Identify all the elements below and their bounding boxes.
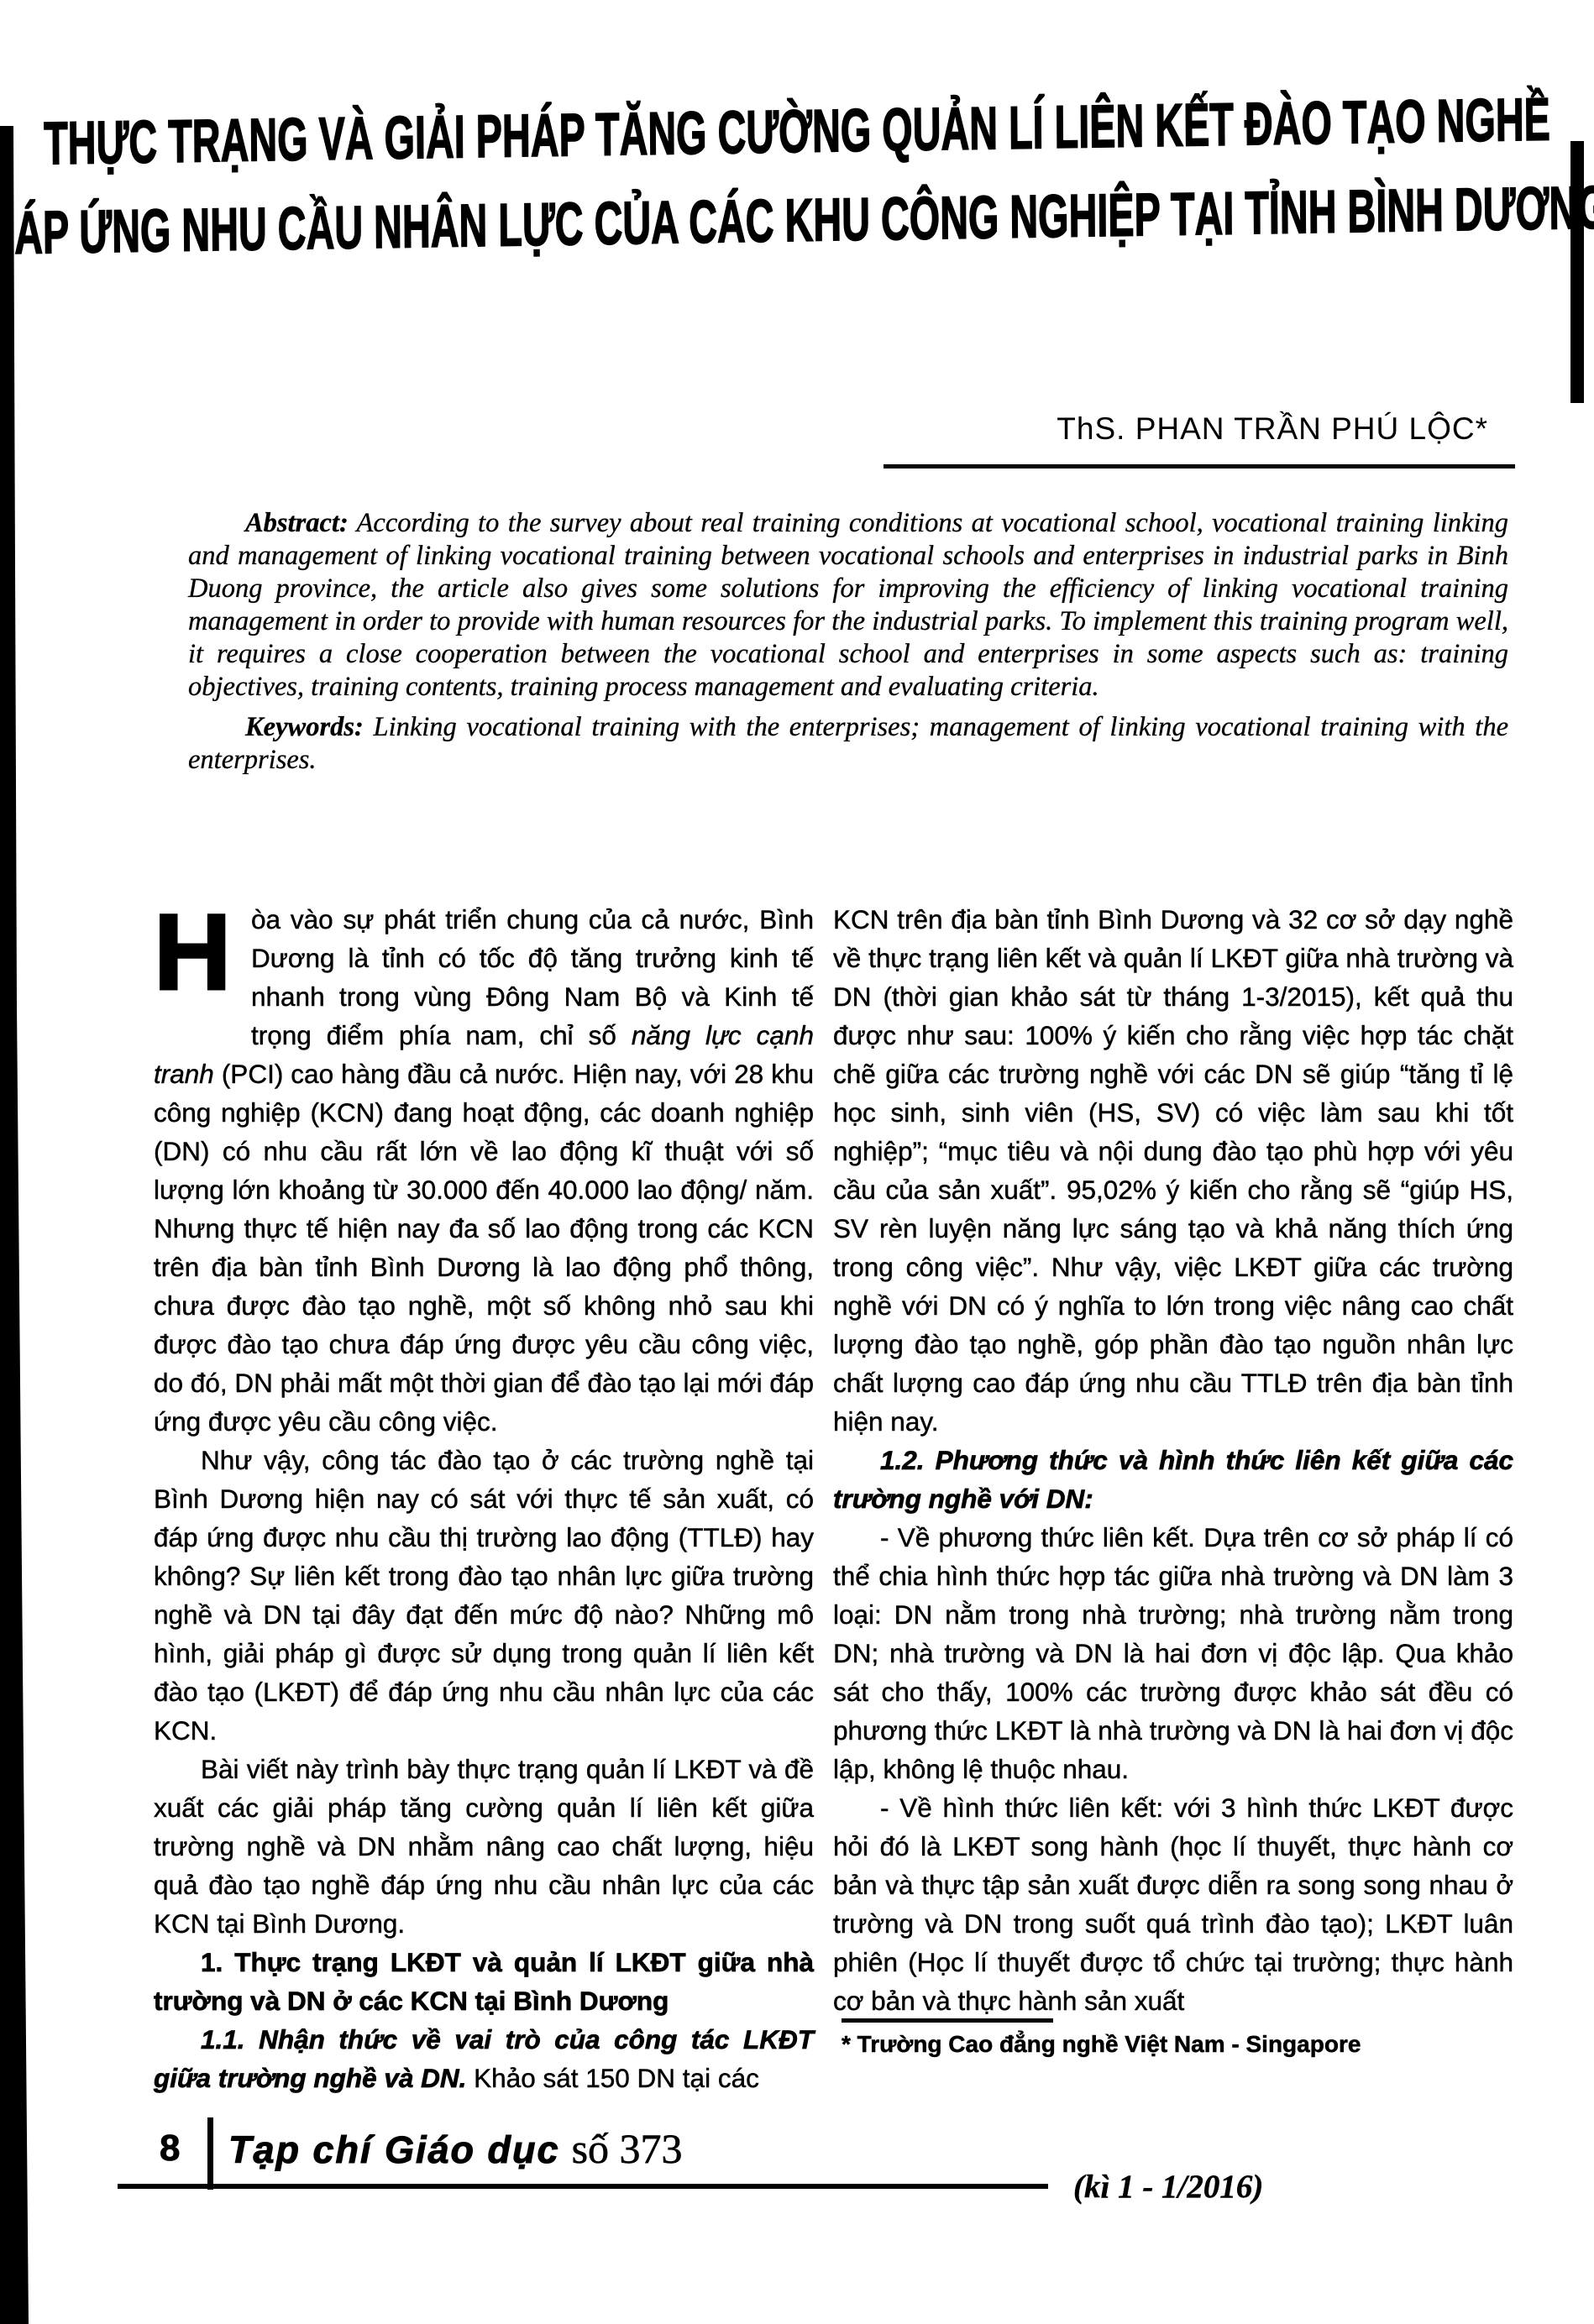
footnote-rule: [842, 2018, 1053, 2023]
subsection-1-1-lead-text: Khảo sát 150 DN tại các: [466, 2063, 758, 2093]
article-title-line-1: THỰC TRẠNG VÀ GIẢI PHÁP TĂNG CƯỜNG QUẢN …: [44, 86, 1550, 179]
dropcap-letter: H: [154, 903, 244, 1019]
paragraph-linking-forms: - Về hình thức liên kết: với 3 hình thức…: [833, 1788, 1513, 2020]
keywords-text: Linking vocational training with the ent…: [188, 712, 1508, 775]
body-left-column: Hòa vào sự phát triển chung của cả nước,…: [154, 900, 814, 2097]
footer-vertical-bar: [207, 2117, 213, 2190]
paragraph-purpose: Bài viết này trình bày thực trạng quản l…: [154, 1750, 814, 1943]
journal-title-block: Tạp chí Giáo dụcsố 373: [228, 2124, 683, 2173]
left-edge-scan-artifact: [0, 126, 30, 2324]
author-divider-rule: [884, 464, 1515, 468]
subsection-heading-1-2: 1.2. Phương thức và hình thức liên kết g…: [833, 1441, 1513, 1518]
issue-number: số 373: [572, 2125, 683, 2172]
paragraph-question: Như vậy, công tác đào tạo ở các trường n…: [154, 1441, 814, 1750]
paragraph-linking-methods: - Về phương thức liên kết. Dựa trên cơ s…: [833, 1518, 1513, 1788]
section-heading-1: 1. Thực trạng LKĐT và quản lí LKĐT giữa …: [154, 1943, 814, 2020]
subsection-1-1: 1.1. Nhận thức về vai trò của công tác L…: [154, 2020, 814, 2097]
author-name: ThS. PHAN TRẦN PHÚ LỘC*: [1057, 411, 1488, 447]
footnote-block: * Trường Cao đẳng nghề Việt Nam - Singap…: [842, 2018, 1513, 2058]
paragraph-intro: Hòa vào sự phát triển chung của cả nước,…: [154, 900, 814, 1441]
issue-date: (kì 1 - 1/2016): [1073, 2168, 1263, 2206]
article-title-line-2: ĐÁP ỨNG NHU CẦU NHÂN LỰC CỦA CÁC KHU CÔN…: [0, 173, 1594, 268]
abstract-label: Abstract:: [245, 508, 349, 538]
keywords-label: Keywords:: [245, 712, 364, 742]
keywords-paragraph: Keywords: Linking vocational training wi…: [188, 711, 1508, 777]
body-right-column: KCN trên địa bàn tỉnh Bình Dương và 32 c…: [833, 900, 1513, 2020]
scanned-journal-page: THỰC TRẠNG VÀ GIẢI PHÁP TĂNG CƯỜNG QUẢN …: [0, 0, 1594, 2324]
journal-name: Tạp chí Giáo dục: [228, 2128, 560, 2171]
page-number: 8: [160, 2128, 180, 2170]
paragraph-intro-text-b: (PCI) cao hàng đầu cả nước. Hiện nay, vớ…: [154, 1059, 814, 1437]
abstract-text: According to the survey about real train…: [188, 508, 1508, 702]
paragraph-survey-results: KCN trên địa bàn tỉnh Bình Dương và 32 c…: [833, 900, 1513, 1441]
footnote-text: * Trường Cao đẳng nghề Việt Nam - Singap…: [842, 2031, 1513, 2058]
footer-rule: [118, 2184, 1048, 2189]
abstract-paragraph: Abstract: According to the survey about …: [188, 507, 1508, 704]
abstract-block: Abstract: According to the survey about …: [188, 507, 1508, 777]
